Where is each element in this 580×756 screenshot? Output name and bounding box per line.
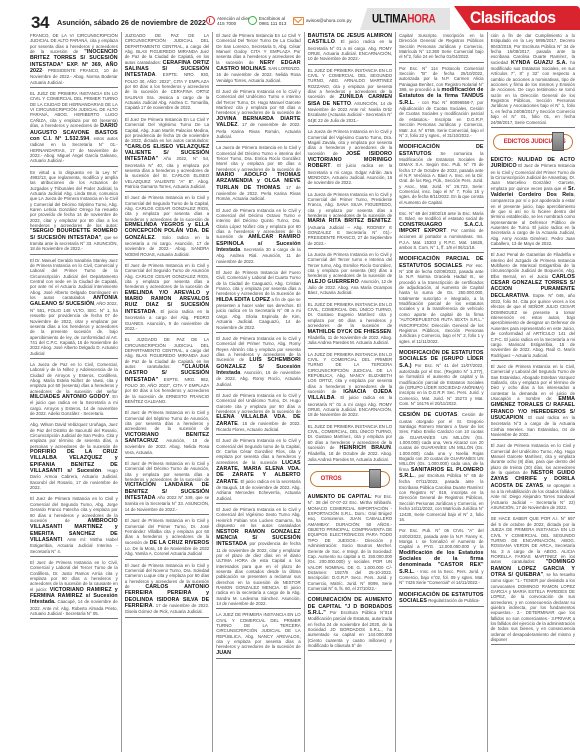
legal-notice: JUZGADO DE PAZ DE LA CIRCUNSCRIPCIÓN JUD… bbox=[125, 32, 209, 114]
notice-highlight: AUMENTO DE CAPITAL bbox=[308, 494, 371, 500]
notice-text: : Se comunica la Modificación de Estatut… bbox=[399, 151, 483, 205]
legal-notice: El Juez de Primera Instancia en lo Civil… bbox=[216, 392, 300, 435]
legal-notice: MODIFICACIÓN PARCIAL DE ESTATUTOS SOCIAL… bbox=[399, 255, 483, 347]
legal-notice: El Juez de Primera Instancia en lo Civil… bbox=[125, 562, 209, 618]
legal-notice: La Jueza de Primera Instancia en lo Civi… bbox=[308, 251, 392, 299]
legal-notice: MODIFICACIÓN DE ESTATUTOS SOCIALES Regul… bbox=[399, 591, 483, 608]
notice-text: El Juez de Primera Instancia en lo Civil… bbox=[125, 461, 209, 482]
notice-text: : Por Esc. N°. 38 del 07-07-22 Esc. Mirt… bbox=[308, 494, 392, 591]
legal-notice: El Juez de Primera Instancia en lo Civil… bbox=[30, 495, 118, 556]
notice-highlight: MARIA RITA BRITEZ BENITEZ bbox=[308, 218, 391, 224]
legal-notice: El Dr. Manuel Geraldo Sanabria Stanley J… bbox=[30, 257, 118, 359]
gavel-image-icon bbox=[552, 132, 564, 151]
legal-notice: El Juez de Primera Instancia en lo Civil… bbox=[125, 262, 209, 334]
legal-notice: El Juez de Primera Instancia en lo Civil… bbox=[125, 517, 209, 559]
mail-icon bbox=[293, 17, 304, 25]
notice-highlight: MILCIADES ANTONIO GODOY bbox=[30, 394, 109, 400]
legal-notice: La Jueza de Paz en lo Civil, Comercial, … bbox=[30, 361, 118, 419]
brand-logo: ULTIMAHORA bbox=[372, 13, 435, 26]
legal-notice: El Juez de Primera Instancia en lo Civil… bbox=[30, 559, 118, 619]
notice-text: Lo. De la Mora, 18 de Noviembre de 2022 … bbox=[125, 546, 209, 556]
notice-text: , AÑO 2022, N° 551, FOLIO 148 VLTO, SEC.… bbox=[30, 301, 118, 355]
legal-notice: EL JUZGADO DE PAZ DE LA CIRCUNSCRIPCIÓN … bbox=[125, 336, 209, 407]
notice-text: Abg. Wilson David Velázquez Uruñaga, Jue… bbox=[30, 422, 118, 448]
legal-notice: El Juez de Primera Instancia en lo Civil… bbox=[491, 442, 575, 513]
legal-notice: Por Esc. Pub. N° 06 CIVIL "A" del 24/02/… bbox=[399, 527, 483, 588]
brand-part-ultima: ULTIMA bbox=[372, 13, 407, 26]
column-4: BAUTISTA DE JESUS ALMIRON CASTILLO. El j… bbox=[304, 32, 395, 752]
legal-notice: Esc. N° 69 del 28/02/18 ante la Esc. Mar… bbox=[399, 210, 483, 253]
legal-notice: El Juez de Primera Instancia en lo Civil… bbox=[216, 88, 300, 142]
legal-notice: Abg. Wilson David Velázquez Uruñaga, Jue… bbox=[30, 421, 118, 493]
page-header: 34 Asunción, sábado 26 de noviembre de 2… bbox=[0, 0, 580, 30]
legal-notice: MODIFICACIÓN DE ESTATUTOS SOCIALES DE (G… bbox=[399, 349, 483, 409]
notice-text: En virtud a lo dispuesto en la Ley N° 49… bbox=[30, 170, 118, 228]
legal-notice: CESIÓN DE CUOTAS. Cesión de cuotas otorg… bbox=[399, 411, 483, 525]
notice-text: - con Ruc N° 80096558-7, por Adjudicació… bbox=[399, 100, 483, 138]
notice-highlight: MATHILDE DYCK DE FHIESSEN bbox=[308, 329, 391, 335]
notice-text: El Dr. Manuel Geraldo Sanabria Stanley J… bbox=[30, 258, 118, 300]
notice-text: Regularización de Publica- bbox=[427, 598, 480, 603]
section-banner-label: OTROS bbox=[321, 476, 342, 482]
page-number: 34 bbox=[31, 13, 49, 33]
legal-notice: EL JUEZ DE PRIMERA INSTANCIA EN LO CIVIL… bbox=[308, 67, 392, 126]
notice-highlight: CESIÓN DE CUOTAS bbox=[399, 412, 457, 418]
legal-notice: El Juez de Primera Instancia En Lo Civil… bbox=[216, 32, 300, 86]
notice-highlight: ALEJO GUERRERO bbox=[308, 279, 359, 285]
notice-text: Por Esc. N° 41 del 11/07/2022, autorizad… bbox=[399, 363, 483, 406]
notice-text: El Juez de Primera Instancia en lo Civil… bbox=[125, 195, 209, 221]
brand-part-hora: HORA bbox=[407, 13, 435, 26]
legal-notice: El Juez de Primera Instancia en lo Civil… bbox=[216, 437, 300, 504]
notice-text: Por Escritura Pública N°818 Modificación… bbox=[308, 610, 392, 648]
section-banner: OTROS bbox=[310, 471, 390, 487]
legal-notice: El Juez Penal de Garantías de Filadelfia… bbox=[491, 251, 575, 361]
notice-text: , se ha resuelto como sigue: "1.- TENER … bbox=[491, 572, 575, 642]
legal-notice: El Juez de Primera Instancia en lo Civil… bbox=[216, 335, 300, 390]
legal-notice: LA JUEZ DE PRIMERA INSTANCIA EN LO CIVIL… bbox=[308, 351, 392, 421]
legal-notice: La Jueza de Primera Instancia en lo Civi… bbox=[308, 128, 392, 188]
phone-icon bbox=[206, 16, 215, 25]
notice-text: , por Escritura Pública N° 65 de fecha 0… bbox=[399, 473, 483, 522]
legal-notice: EDICTO: NULIDAD DE ACTO JURÍDICO El Juez… bbox=[491, 156, 575, 250]
notice-text: La Jueza de Primera Instancia en lo Civi… bbox=[308, 252, 392, 278]
section-banner: EDICTOS JUDICIALES bbox=[493, 134, 573, 150]
notice-text: La Jueza de Primera Instancia en lo Civi… bbox=[216, 145, 300, 171]
notice-text: Capital Suscripto. Inscripción en la Dir… bbox=[399, 33, 483, 59]
legal-notice: FRANCO, DE LA VI CIRCUNSCRIPCIÓN JUDICIA… bbox=[30, 32, 118, 88]
section-title: Clasificados bbox=[470, 8, 556, 28]
notice-text: El Juez de Primera Instancia del Fuero C… bbox=[216, 270, 300, 296]
legal-notice: El Juez de Primera Instancia en lo Civil… bbox=[125, 460, 209, 515]
notice-text: La Jueza de Primera Instancia en lo Civi… bbox=[308, 192, 392, 218]
column-2: JUZGADO DE PAZ DE LA CIRCUNSCRIPCIÓN JUD… bbox=[121, 32, 212, 752]
whatsapp-contact: Escribinos al0981 111 013 bbox=[248, 11, 286, 30]
legal-notice: COMUNICACIÓN DE AUMENTO DE CAPITAL "J D … bbox=[308, 596, 392, 651]
classifieds-columns: FRANCO, DE LA VI CIRCUNSCRIPCIÓN JUDICIA… bbox=[30, 32, 578, 752]
contact-phone: 415 7000 bbox=[217, 21, 236, 26]
notice-text: LA JUEZ DE PRIMERA INSTANCIA EN LO CIVIL… bbox=[308, 352, 392, 394]
notice-highlight: KYNDA GUAZU S.A. bbox=[511, 60, 567, 66]
legal-notice: El Juez de Primera Instancia en lo Civil… bbox=[125, 194, 209, 260]
contact-whatsapp: 0981 111 013 bbox=[259, 21, 286, 26]
legal-notice: El Juez de Primera Instancia del Fuero C… bbox=[216, 269, 300, 333]
notice-text: , comparezca por sí o por apoderado a es… bbox=[491, 192, 575, 246]
notice-text: - PRESIDENTE FRANCO, 10 de Noviembre de … bbox=[30, 68, 118, 85]
legal-notice: AUMENTO DE CAPITAL: Por Esc. N°. 38 del … bbox=[308, 493, 392, 594]
whatsapp-icon bbox=[248, 16, 257, 25]
notice-text: EL JUEZ DE PRIMERA INSTANCIA EN LO CIVIL… bbox=[308, 302, 392, 328]
legal-notice: El Juez de Primera Instancia en lo Civil… bbox=[216, 506, 300, 609]
notice-highlight: HEINRICH BRAUN bbox=[340, 445, 391, 451]
legal-notice: Por Esc. N° 114 Protocolo Comercial Secc… bbox=[399, 65, 483, 141]
legal-notice: ción a fin de dar Cumplimiento a lo Esti… bbox=[491, 32, 575, 128]
notice-text: . Cesión de cuotas otorgado por el Sr. G… bbox=[399, 412, 483, 471]
legal-notice: El Juez de Primera Instancia en lo Civil… bbox=[216, 207, 300, 267]
legal-notice: LA JUEZ DE PRIMERA INSTANCIA EN LO CIVIL… bbox=[216, 611, 300, 659]
legal-notice: MODIFICACIÓN DE ESTATUTOS: Se comunica l… bbox=[399, 143, 483, 208]
notice-text: Esc. N° 69 del 28/02/18 ante la Esc. Mar… bbox=[399, 211, 483, 221]
legal-notice: En virtud a lo dispuesto en la Ley N° 49… bbox=[30, 169, 118, 255]
legal-notice: La Jueza de Primera Instancia en lo Civi… bbox=[308, 191, 392, 249]
column-5: Capital Suscripto. Inscripción en la Dir… bbox=[395, 32, 486, 752]
gavel-image-icon bbox=[369, 469, 381, 488]
email-contact: avisos@uhora.com.py bbox=[293, 11, 352, 30]
legal-notice: La Jueza de Primera Instancia en lo Civi… bbox=[216, 144, 300, 204]
notice-text: . EXPTE. NRO. 930, FOLIO 30, AÑO: 2022",… bbox=[125, 72, 209, 110]
column-3: El Juez de Primera Instancia En Lo Civil… bbox=[212, 32, 303, 752]
notice-highlight: HILDA EDITA LOPEZ bbox=[216, 297, 270, 303]
notice-text: El Juez De Primera Instancia En Lo Civil… bbox=[125, 117, 209, 143]
legal-notice: EL JUEZ DE PRIMERA INSTANCIA EN LO CIVIL… bbox=[30, 90, 118, 166]
notice-highlight: DE LA CRUZ RIVEROS bbox=[150, 540, 210, 546]
column-1: FRANCO, DE LA VI CIRCUNSCRIPCIÓN JUDICIA… bbox=[30, 32, 121, 752]
legal-notice: El Juez de Primera Instancia en lo Civil… bbox=[491, 363, 575, 440]
legal-notice: EL JUEZ DE PRIMERA INSTANCIA EN LO CIVIL… bbox=[308, 301, 392, 349]
notice-text: El Juez de Primera Instancia en lo Civil… bbox=[125, 410, 209, 431]
notice-text: Por Esc. Pub. N° 06 CIVIL "A" del 24/02/… bbox=[399, 528, 483, 549]
legal-notice: EL JUEZ DE PRIMERA INSTANCIA EN LO CIVIL… bbox=[308, 423, 392, 465]
dateline: Asunción, sábado 26 de noviembre de 2022 bbox=[57, 18, 206, 27]
notice-highlight: JUAN bbox=[216, 650, 231, 656]
notice-text: El Juez de Primera Instancia en lo Civil… bbox=[125, 263, 209, 289]
notice-text: ha modificado sus Estatutos Sociales, en… bbox=[491, 60, 575, 125]
notice-text: . Por esc. N° 108 de fecha 02/09/2022, p… bbox=[399, 263, 483, 344]
legal-notice: El Juez De Primera Instancia En Lo Civil… bbox=[125, 116, 209, 192]
notice-text: . Expte. N° 046, año 2022, folio 04. Cit… bbox=[491, 293, 575, 358]
notice-text: LA JUEZ DE PRIMERA INSTANCIA EN LO CIVIL… bbox=[216, 612, 300, 649]
notice-text: La Jueza de Paz en lo Civil, Comercial, … bbox=[30, 362, 118, 394]
legal-notice: Capital Suscripto. Inscripción en la Dir… bbox=[399, 32, 483, 63]
notice-text: El Juez de Primera Instancia en lo Civil… bbox=[216, 89, 300, 115]
contact-email: avisos@uhora.com.py bbox=[306, 18, 352, 23]
legal-notice: BAUTISTA DE JESUS ALMIRON CASTILLO. El j… bbox=[308, 32, 392, 65]
notice-text: El Juez de Primera Instancia en lo Civil… bbox=[216, 507, 300, 528]
column-6: ción a fin de dar Cumplimiento a lo Esti… bbox=[487, 32, 578, 752]
notice-text: SE HACE SABER QUE POR A.I. N° 697 del 5 … bbox=[491, 516, 575, 564]
legal-notice: SE HACE SABER QUE POR A.I. N° 697 del 5 … bbox=[491, 515, 575, 645]
notice-text: por providencia de fecha 11 de noviembre… bbox=[216, 541, 300, 606]
legal-notice: El Juez de Primera Instancia en lo Civil… bbox=[125, 409, 209, 458]
notice-text: El Juez de Primera Instancia en lo Civil… bbox=[216, 393, 300, 414]
